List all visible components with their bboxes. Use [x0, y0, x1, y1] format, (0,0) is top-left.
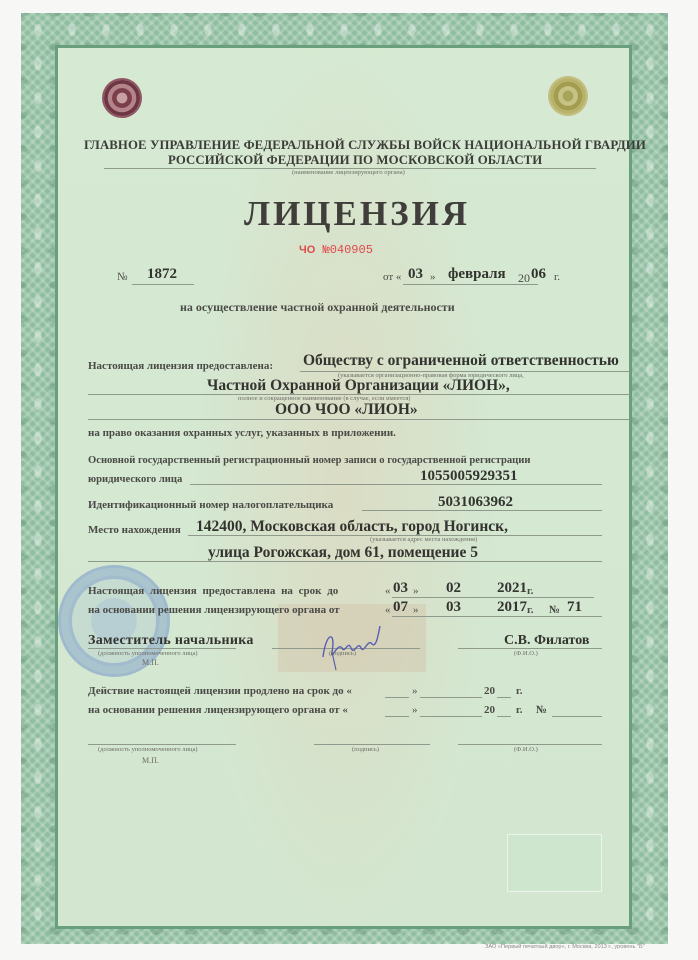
address-line-2: улица Рогожская, дом 61, помещение 5: [208, 544, 478, 562]
printer-imprint: ЗАО «Первый печатный двор», г. Москва, 2…: [485, 944, 645, 950]
extension-signature-caption: (подпись): [352, 746, 379, 753]
number-underline: [132, 284, 194, 285]
extension-name-caption: (Ф.И.О.): [514, 746, 538, 753]
date-prefix: от «: [383, 271, 401, 283]
watermark-emblem: [184, 48, 504, 926]
date-year-suffix: 06: [531, 266, 546, 283]
license-paper: [55, 45, 632, 929]
authority-line-2: РОССИЙСКОЙ ФЕДЕРАЦИИ ПО МОСКОВСКОЙ ОБЛАС…: [168, 153, 542, 168]
term-open-quote: «: [385, 585, 391, 597]
extension-year-underline-2: [497, 716, 511, 717]
license-number: 1872: [147, 266, 177, 283]
inn-value: 5031063962: [438, 494, 513, 511]
date-day: 03: [408, 266, 423, 283]
basis-day: 07: [393, 599, 408, 616]
extension-year-prefix-2: 20: [484, 704, 495, 716]
licensee-line-1: Обществу с ограниченной ответственностью: [303, 352, 619, 370]
signature-caption: (подпись): [329, 650, 356, 657]
address-label: Место нахождения: [88, 524, 181, 536]
extension-line-2: на основании решения лицензирующего орга…: [88, 704, 348, 716]
term-underline: [392, 597, 594, 598]
extension-name-underline: [458, 744, 602, 745]
basis-year: 2017: [497, 599, 527, 616]
date-year-prefix: 20: [518, 271, 530, 286]
extension-close-quote-2: »: [412, 704, 418, 716]
licensee-underline-3: [88, 419, 630, 420]
signature-icon: [318, 622, 388, 672]
signatory-position: Заместитель начальника: [88, 633, 254, 649]
term-month: 02: [446, 580, 461, 597]
security-hologram-area: [507, 834, 602, 892]
extension-month-underline-2: [420, 716, 482, 717]
extension-year-prefix-1: 20: [484, 685, 495, 697]
authority-line-1: ГЛАВНОЕ УПРАВЛЕНИЕ ФЕДЕРАЛЬНОЙ СЛУЖБЫ ВО…: [84, 138, 646, 153]
licensee-label: Настоящая лицензия предоставлена:: [88, 360, 273, 372]
term-label: Настоящая лицензия предоставлена на срок…: [88, 585, 338, 597]
extension-year-unit-2: г.: [516, 704, 523, 716]
activity-type: на осуществление частной охранной деятел…: [180, 300, 455, 315]
basis-number: 71: [567, 599, 582, 616]
extension-year-unit-1: г.: [516, 685, 523, 697]
ogrn-value: 1055005929351: [420, 468, 518, 485]
basis-underline: [392, 616, 602, 617]
term-year-unit: г.: [527, 585, 534, 597]
licensee-line-3: ООО ЧОО «ЛИОН»: [275, 401, 418, 419]
basis-close-quote: »: [413, 604, 419, 616]
serial-prefix: ЧО: [299, 244, 315, 256]
address-line-1: 142400, Московская область, город Ногинс…: [196, 518, 508, 536]
extension-day-underline-2: [385, 716, 409, 717]
term-day: 03: [393, 580, 408, 597]
signatory-name: С.В. Филатов: [504, 633, 589, 649]
extension-year-underline-1: [497, 697, 511, 698]
extension-seal-mark: М.П.: [142, 756, 159, 765]
term-year: 2021: [497, 580, 527, 597]
extension-number-label: №: [536, 704, 547, 716]
extension-number-underline: [552, 716, 602, 717]
inn-label: Идентификационный номер налогоплательщик…: [88, 499, 333, 511]
position-underline: [88, 648, 236, 649]
basis-year-unit: г.: [527, 604, 534, 616]
authority-caption: (наименование лицензирующего органа): [292, 169, 405, 176]
ogrn-underline: [190, 484, 602, 485]
rosette-right-icon: [550, 78, 586, 114]
extension-day-underline-1: [385, 697, 409, 698]
extension-signature-underline: [314, 744, 430, 745]
date-quote-close: »: [430, 271, 436, 283]
name-underline: [458, 648, 602, 649]
basis-month: 03: [446, 599, 461, 616]
seal-mark: М.П.: [142, 658, 159, 667]
number-label: №: [117, 271, 128, 283]
basis-open-quote: «: [385, 604, 391, 616]
serial-value: №040905: [323, 243, 373, 257]
extension-position-caption: (должность уполномоченного лица): [98, 746, 198, 753]
extension-month-underline-1: [420, 697, 482, 698]
name-caption: (Ф.И.О.): [514, 650, 538, 657]
extension-position-underline: [88, 744, 236, 745]
ogrn-label-2: юридического лица: [88, 474, 182, 485]
serial-number: ЧО №040905: [299, 243, 373, 257]
basis-number-label: №: [549, 604, 560, 616]
licensee-scope: на право оказания охранных услуг, указан…: [88, 427, 396, 439]
address-caption: (указывается адрес места нахождения): [370, 536, 477, 543]
basis-label: на основании решения лицензирующего орга…: [88, 604, 340, 616]
position-caption: (должность уполномоченного лица): [98, 650, 198, 657]
date-month: февраля: [448, 266, 506, 283]
term-close-quote: »: [413, 585, 419, 597]
extension-line-1: Действие настоящей лицензии продлено на …: [88, 685, 352, 697]
licensee-line-2: Частной Охранной Организации «ЛИОН»,: [207, 377, 510, 395]
ogrn-label-1: Основной государственный регистрационный…: [88, 455, 530, 466]
rosette-left-icon: [104, 80, 140, 116]
extension-close-quote-1: »: [412, 685, 418, 697]
document-title: ЛИЦЕНЗИЯ: [244, 194, 470, 234]
date-year-unit: г.: [554, 271, 560, 283]
